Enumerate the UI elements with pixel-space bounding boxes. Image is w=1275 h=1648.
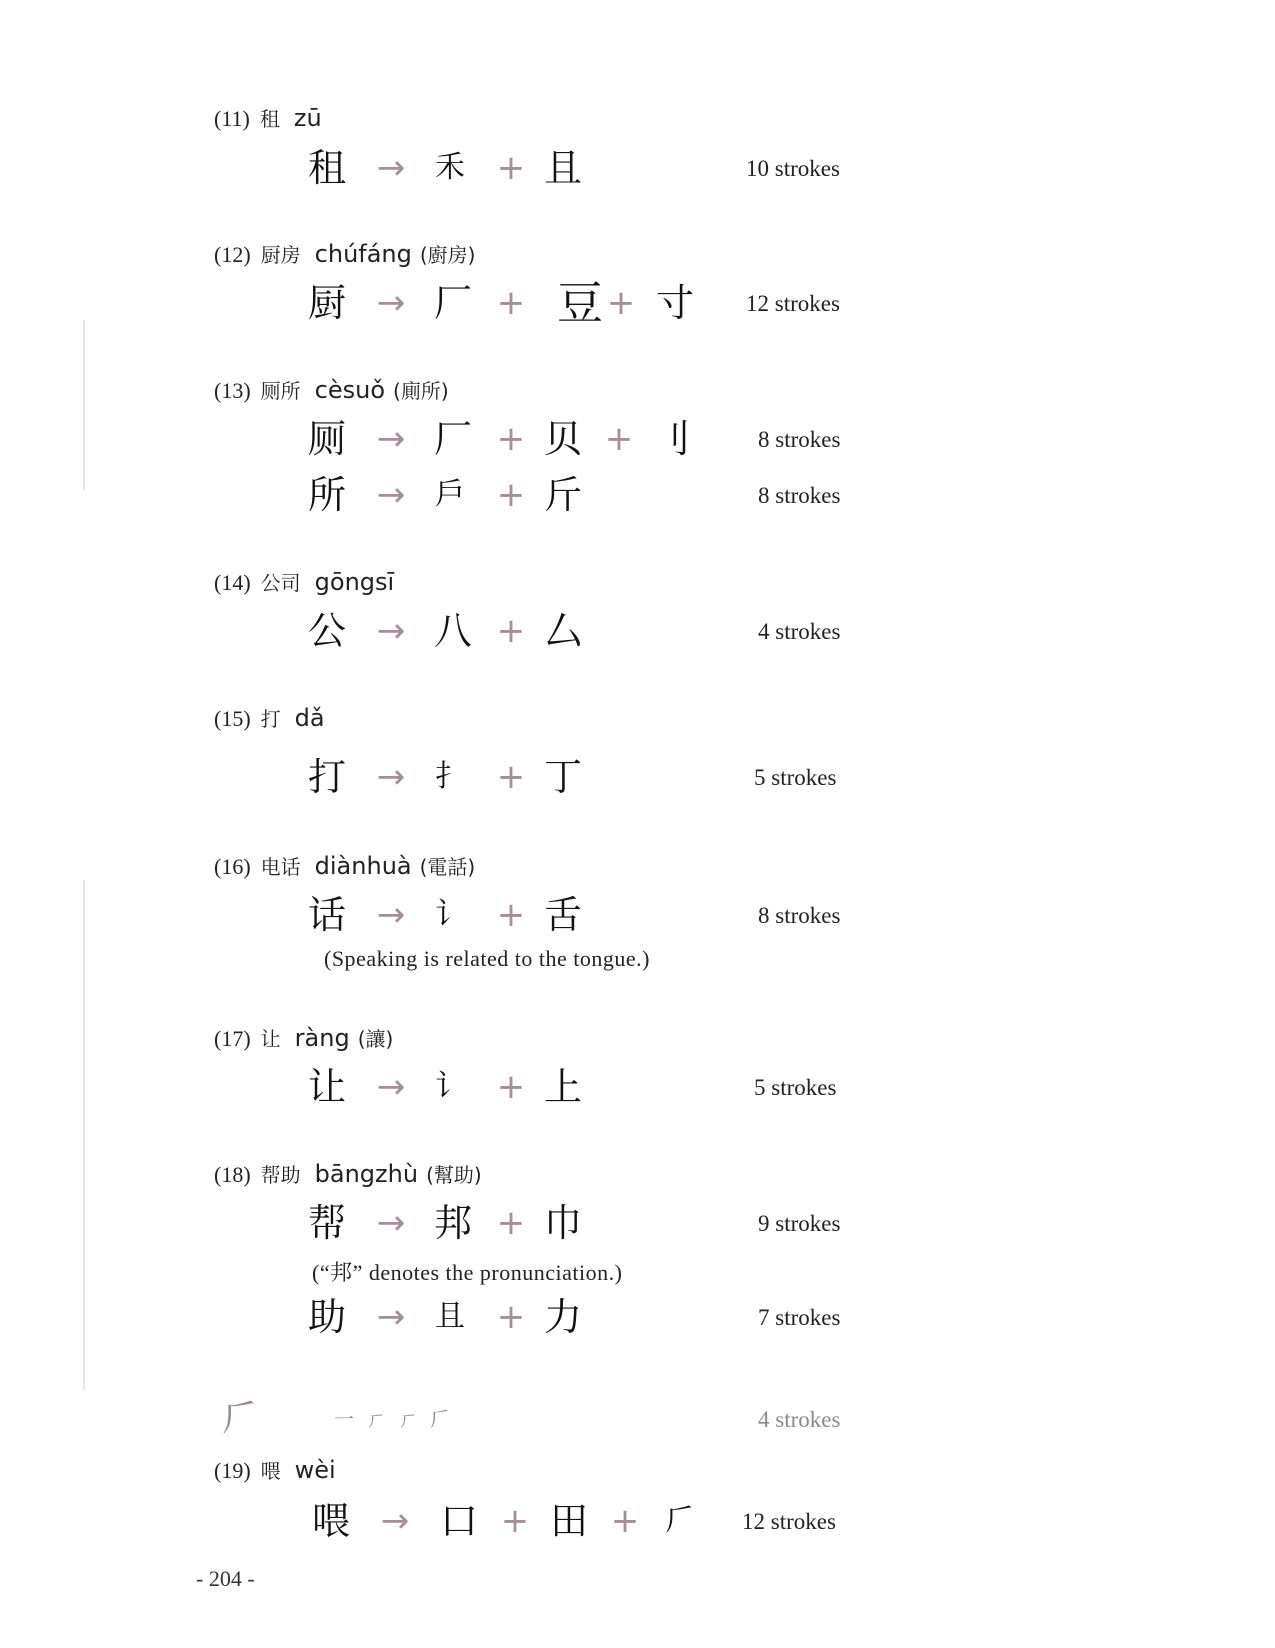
- component-char: 八: [430, 606, 476, 656]
- stroke-count: 5 strokes: [754, 1068, 836, 1108]
- component-char: 舌: [540, 890, 586, 940]
- stroke-count: 9 strokes: [758, 1204, 840, 1244]
- entry-header: (17)让ràng(讓): [214, 1024, 393, 1054]
- component-char: 禾: [430, 143, 470, 193]
- stroke-count: 8 strokes: [758, 420, 840, 460]
- arrow-icon: →: [366, 1292, 416, 1342]
- target-char: 喂: [308, 1496, 354, 1546]
- arrow-icon: →: [366, 890, 416, 940]
- component-char: 上: [540, 1062, 586, 1112]
- arrow-icon: →: [366, 752, 416, 802]
- entry-traditional: (讓): [358, 1027, 394, 1051]
- decomposition-row: 公 → 八 + 厶 4 strokes: [0, 606, 1275, 656]
- component-char: 且: [430, 1292, 470, 1342]
- entry-hanzi: 厕所: [261, 379, 301, 403]
- target-char: 租: [304, 143, 350, 193]
- stroke-count: 5 strokes: [754, 758, 836, 798]
- arrow-icon: →: [366, 1062, 416, 1112]
- target-char: 助: [304, 1292, 350, 1342]
- plus-icon: +: [496, 414, 526, 464]
- stroke-order-block: 𠂆 一 ㄏ ㄏ 𠂆 4 strokes: [0, 1394, 1275, 1444]
- entry-header: (12)厨房chúfáng(廚房): [214, 240, 475, 270]
- entry-header: (11)租zū: [214, 104, 322, 134]
- plus-icon: +: [496, 143, 526, 193]
- stroke-count: 8 strokes: [758, 476, 840, 516]
- target-char: 打: [304, 752, 350, 802]
- etymology-note: (“邦” denotes the pronunciation.): [312, 1256, 622, 1287]
- entry-hanzi: 让: [261, 1027, 281, 1051]
- entry-header: (16)电话diànhuà(電話): [214, 852, 475, 882]
- stroke-count: 4 strokes: [758, 1400, 840, 1440]
- component-char: 寸: [652, 278, 698, 328]
- stroke-count: 12 strokes: [742, 1502, 836, 1542]
- entry-traditional: (電話): [420, 855, 476, 879]
- plus-icon: +: [610, 1496, 640, 1546]
- component-char: 巾: [540, 1198, 586, 1248]
- target-char: 公: [304, 606, 350, 656]
- entry-header: (15)打dǎ: [214, 704, 325, 734]
- plus-icon: +: [496, 606, 526, 656]
- component-char: 讠: [430, 1062, 470, 1112]
- entry-number: (16): [214, 854, 251, 879]
- entry-hanzi: 租: [260, 107, 280, 131]
- decomposition-row: 话 → 讠 + 舌 8 strokes: [0, 890, 1275, 940]
- component-char: 斤: [540, 470, 586, 520]
- target-char: 厕: [304, 414, 350, 464]
- entry-number: (11): [214, 106, 250, 131]
- arrow-icon: →: [370, 1496, 420, 1546]
- entry-pinyin: gōngsī: [315, 568, 395, 596]
- entry-hanzi: 帮助: [261, 1163, 301, 1187]
- plus-icon: +: [606, 278, 636, 328]
- component-char: 口: [436, 1496, 482, 1546]
- decomposition-row: 打 → 扌 + 丁 5 strokes: [0, 752, 1275, 802]
- target-char: 厨: [304, 278, 350, 328]
- entry-hanzi: 电话: [261, 855, 301, 879]
- entry-header: (19)喂wèi: [214, 1456, 336, 1486]
- entry-pinyin: wèi: [295, 1456, 336, 1484]
- arrow-icon: →: [366, 470, 416, 520]
- stroke-count: 12 strokes: [746, 284, 840, 324]
- entry-traditional: (廁所): [393, 379, 449, 403]
- scan-edge-artifact: [83, 320, 85, 490]
- stroke-count: 4 strokes: [758, 612, 840, 652]
- entry-number: (17): [214, 1026, 251, 1051]
- decomposition-row: 帮 → 邦 + 巾 9 strokes: [0, 1198, 1275, 1248]
- entry-pinyin: chúfáng: [315, 240, 412, 268]
- arrow-icon: →: [366, 414, 416, 464]
- stroke-order-char: 𠂆: [222, 1394, 258, 1444]
- plus-icon: +: [496, 1062, 526, 1112]
- arrow-icon: →: [366, 278, 416, 328]
- plus-icon: +: [496, 278, 526, 328]
- stroke-count: 10 strokes: [746, 149, 840, 189]
- plus-icon: +: [496, 1292, 526, 1342]
- page-number: - 204 -: [196, 1566, 255, 1592]
- component-char: 扌: [430, 752, 470, 802]
- stroke-count: 8 strokes: [758, 896, 840, 936]
- arrow-icon: →: [366, 1198, 416, 1248]
- plus-icon: +: [496, 470, 526, 520]
- arrow-icon: →: [366, 143, 416, 193]
- plus-icon: +: [496, 890, 526, 940]
- entry-number: (14): [214, 570, 251, 595]
- plus-icon: +: [496, 1198, 526, 1248]
- entry-hanzi: 喂: [261, 1459, 281, 1483]
- entry-hanzi: 打: [261, 707, 281, 731]
- component-char: 贝: [540, 414, 586, 464]
- component-char: 丁: [540, 752, 586, 802]
- entry-traditional: (幫助): [426, 1163, 482, 1187]
- decomposition-row: 让 → 讠 + 上 5 strokes: [0, 1062, 1275, 1112]
- component-char: 厶: [540, 606, 586, 656]
- stroke-count: 7 strokes: [758, 1298, 840, 1338]
- decomposition-row: 厨 → 厂 + 豆 + 寸 12 strokes: [0, 278, 1275, 328]
- component-char: 厂: [430, 414, 476, 464]
- entry-number: (13): [214, 378, 251, 403]
- entry-header: (14)公司gōngsī: [214, 568, 394, 598]
- component-char: 力: [540, 1292, 586, 1342]
- entry-traditional: (廚房): [420, 243, 476, 267]
- entry-pinyin: diànhuà: [315, 852, 412, 880]
- component-char: 田: [546, 1496, 592, 1546]
- entry-pinyin: zū: [294, 104, 322, 132]
- arrow-icon: →: [366, 606, 416, 656]
- target-char: 话: [304, 890, 350, 940]
- entry-number: (15): [214, 706, 251, 731]
- component-char: 刂: [652, 414, 692, 464]
- etymology-note: (Speaking is related to the tongue.): [324, 946, 650, 972]
- entry-number: (12): [214, 242, 251, 267]
- component-char: 𠂆: [660, 1496, 700, 1546]
- entry-header: (13)厕所cèsuǒ(廁所): [214, 376, 449, 406]
- entry-number: (18): [214, 1162, 251, 1187]
- component-char: 讠: [430, 890, 470, 940]
- component-char: 戶: [430, 470, 470, 520]
- component-char: 且: [540, 143, 586, 193]
- target-char: 帮: [304, 1198, 350, 1248]
- stroke-step: ㄏ: [398, 1404, 418, 1434]
- decomposition-row: 厕 → 厂 + 贝 + 刂 8 strokes: [0, 414, 1275, 464]
- target-char: 让: [304, 1062, 350, 1112]
- plus-icon: +: [604, 414, 634, 464]
- decomposition-row: 租 → 禾 + 且 10 strokes: [0, 143, 1275, 193]
- plus-icon: +: [500, 1496, 530, 1546]
- entry-pinyin: ràng: [295, 1024, 350, 1052]
- decomposition-row: 喂 → 口 + 田 + 𠂆 12 strokes: [0, 1496, 1275, 1546]
- entry-hanzi: 公司: [261, 571, 301, 595]
- plus-icon: +: [496, 752, 526, 802]
- entry-pinyin: bāngzhù: [315, 1160, 418, 1188]
- entry-hanzi: 厨房: [261, 243, 301, 267]
- target-char: 所: [304, 470, 350, 520]
- stroke-step: 一: [334, 1404, 354, 1434]
- stroke-step: ㄏ: [366, 1404, 386, 1434]
- entry-pinyin: cèsuǒ: [315, 376, 385, 404]
- component-char: 豆: [552, 278, 608, 328]
- decomposition-row: 助 → 且 + 力 7 strokes: [0, 1292, 1275, 1342]
- entry-pinyin: dǎ: [295, 704, 325, 732]
- entry-header: (18)帮助bāngzhù(幫助): [214, 1160, 482, 1190]
- stroke-step: 𠂆: [430, 1404, 450, 1434]
- entry-number: (19): [214, 1458, 251, 1483]
- component-char: 厂: [430, 278, 476, 328]
- component-char: 邦: [430, 1198, 476, 1248]
- decomposition-row: 所 → 戶 + 斤 8 strokes: [0, 470, 1275, 520]
